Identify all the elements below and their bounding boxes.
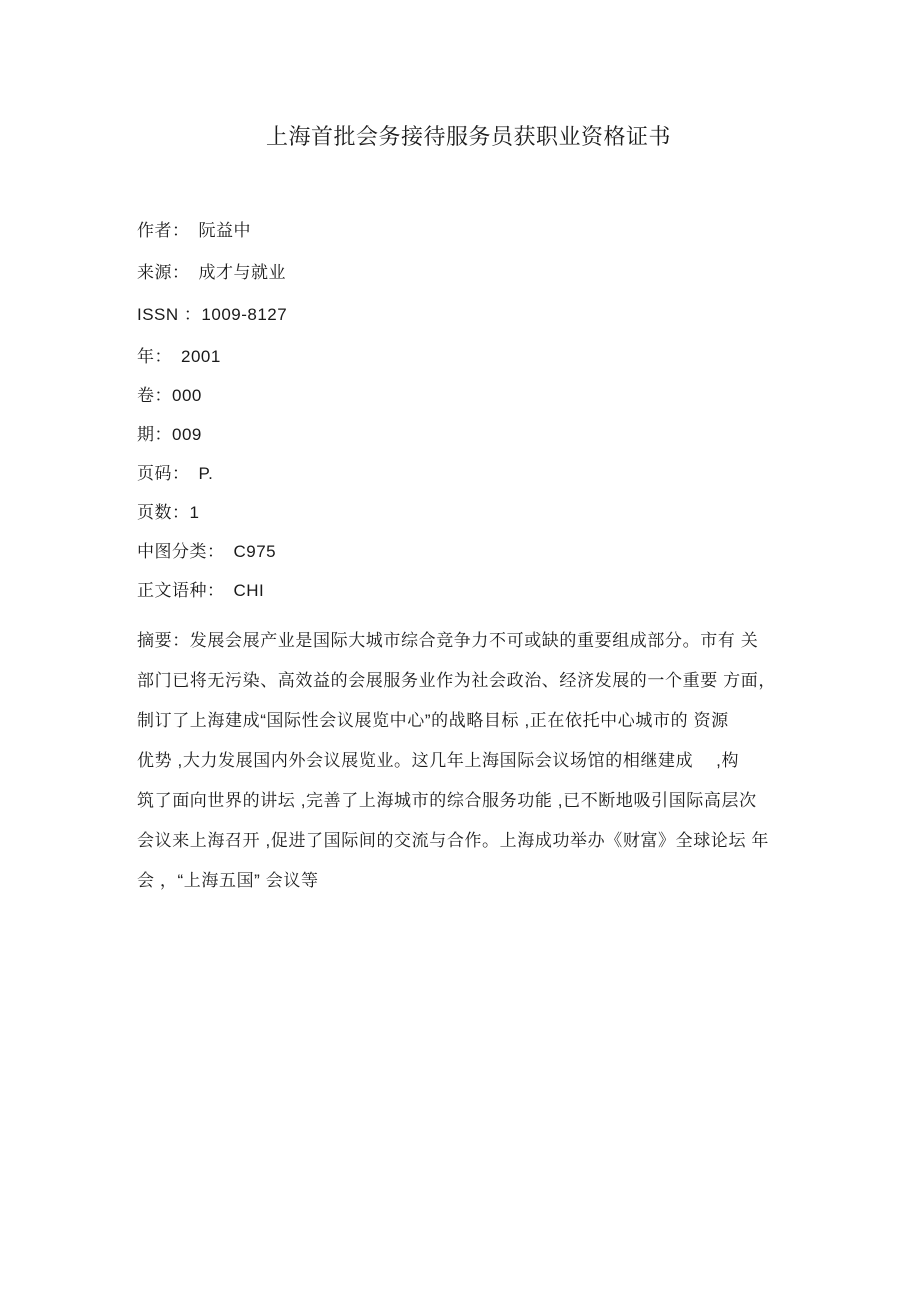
- meta-label-volume: 卷：: [137, 386, 172, 405]
- meta-row-issn: ISSN ：1009-8127: [137, 306, 800, 323]
- meta-value-page-count: 1: [190, 503, 200, 522]
- meta-block-publication: 年： 2001 卷：000 期：009 页码： P. 页数：1 中图分类： C9…: [137, 348, 800, 599]
- abstract-line: 摘要：发展会展产业是国际大城市综合竞争力不可或缺的重要组成部分。市有 关: [137, 621, 800, 661]
- abstract-line: 优势 ,大力发展国内外会议展览业。这几年上海国际会议场馆的相继建成 ,构: [137, 741, 800, 781]
- document-title: 上海首批会务接待服务员获职业资格证书: [137, 0, 800, 148]
- meta-label-year: 年：: [137, 347, 164, 366]
- meta-value-page: P.: [181, 464, 213, 483]
- meta-value-issn: 1009-8127: [201, 305, 287, 324]
- meta-row-page: 页码： P.: [137, 465, 800, 482]
- meta-label-issn: ISSN ：: [137, 305, 201, 324]
- meta-label-clc: 中图分类：: [137, 542, 216, 561]
- meta-row-language: 正文语种： CHI: [137, 582, 800, 599]
- meta-label-page-count: 页数：: [137, 503, 190, 522]
- abstract-line: 会 ，“上海五国” 会议等: [137, 861, 800, 901]
- meta-row-author: 作者： 阮益中: [137, 222, 800, 239]
- meta-value-author: 阮益中: [181, 221, 251, 240]
- meta-label-author: 作者：: [137, 221, 181, 240]
- meta-value-year: 2001: [164, 347, 221, 366]
- meta-value-issue: 009: [172, 425, 202, 444]
- meta-block-source: 作者： 阮益中 来源： 成才与就业 ISSN ：1009-8127: [137, 222, 800, 323]
- document-page: 上海首批会务接待服务员获职业资格证书 作者： 阮益中 来源： 成才与就业 ISS…: [0, 0, 920, 1303]
- meta-row-volume: 卷：000: [137, 387, 800, 404]
- meta-row-issue: 期：009: [137, 426, 800, 443]
- meta-value-source: 成才与就业: [181, 263, 286, 282]
- abstract-line: 部门已将无污染、高效益的会展服务业作为社会政治、经济发展的一个重要 方面，: [137, 661, 800, 701]
- meta-row-source: 来源： 成才与就业: [137, 264, 800, 281]
- abstract-line: 筑了面向世界的讲坛 ,完善了上海城市的综合服务功能 ,已不断地吸引国际高层次: [137, 781, 800, 821]
- meta-label-issue: 期：: [137, 425, 172, 444]
- abstract-line: 会议来上海召开 ,促进了国际间的交流与合作。上海成功举办《财富》全球论坛 年: [137, 821, 800, 861]
- meta-label-source: 来源：: [137, 263, 181, 282]
- meta-row-clc: 中图分类： C975: [137, 543, 800, 560]
- document-content: 上海首批会务接待服务员获职业资格证书 作者： 阮益中 来源： 成才与就业 ISS…: [0, 0, 920, 901]
- meta-row-page-count: 页数：1: [137, 504, 800, 521]
- meta-label-page: 页码：: [137, 464, 181, 483]
- meta-value-language: CHI: [216, 581, 264, 600]
- meta-value-clc: C975: [216, 542, 276, 561]
- abstract-line: 制订了上海建成“国际性会议展览中心”的战略目标 ,正在依托中心城市的 资源: [137, 701, 800, 741]
- meta-label-language: 正文语种：: [137, 581, 216, 600]
- meta-row-year: 年： 2001: [137, 348, 800, 365]
- abstract: 摘要：发展会展产业是国际大城市综合竞争力不可或缺的重要组成部分。市有 关 部门已…: [137, 621, 800, 901]
- meta-value-volume: 000: [172, 386, 202, 405]
